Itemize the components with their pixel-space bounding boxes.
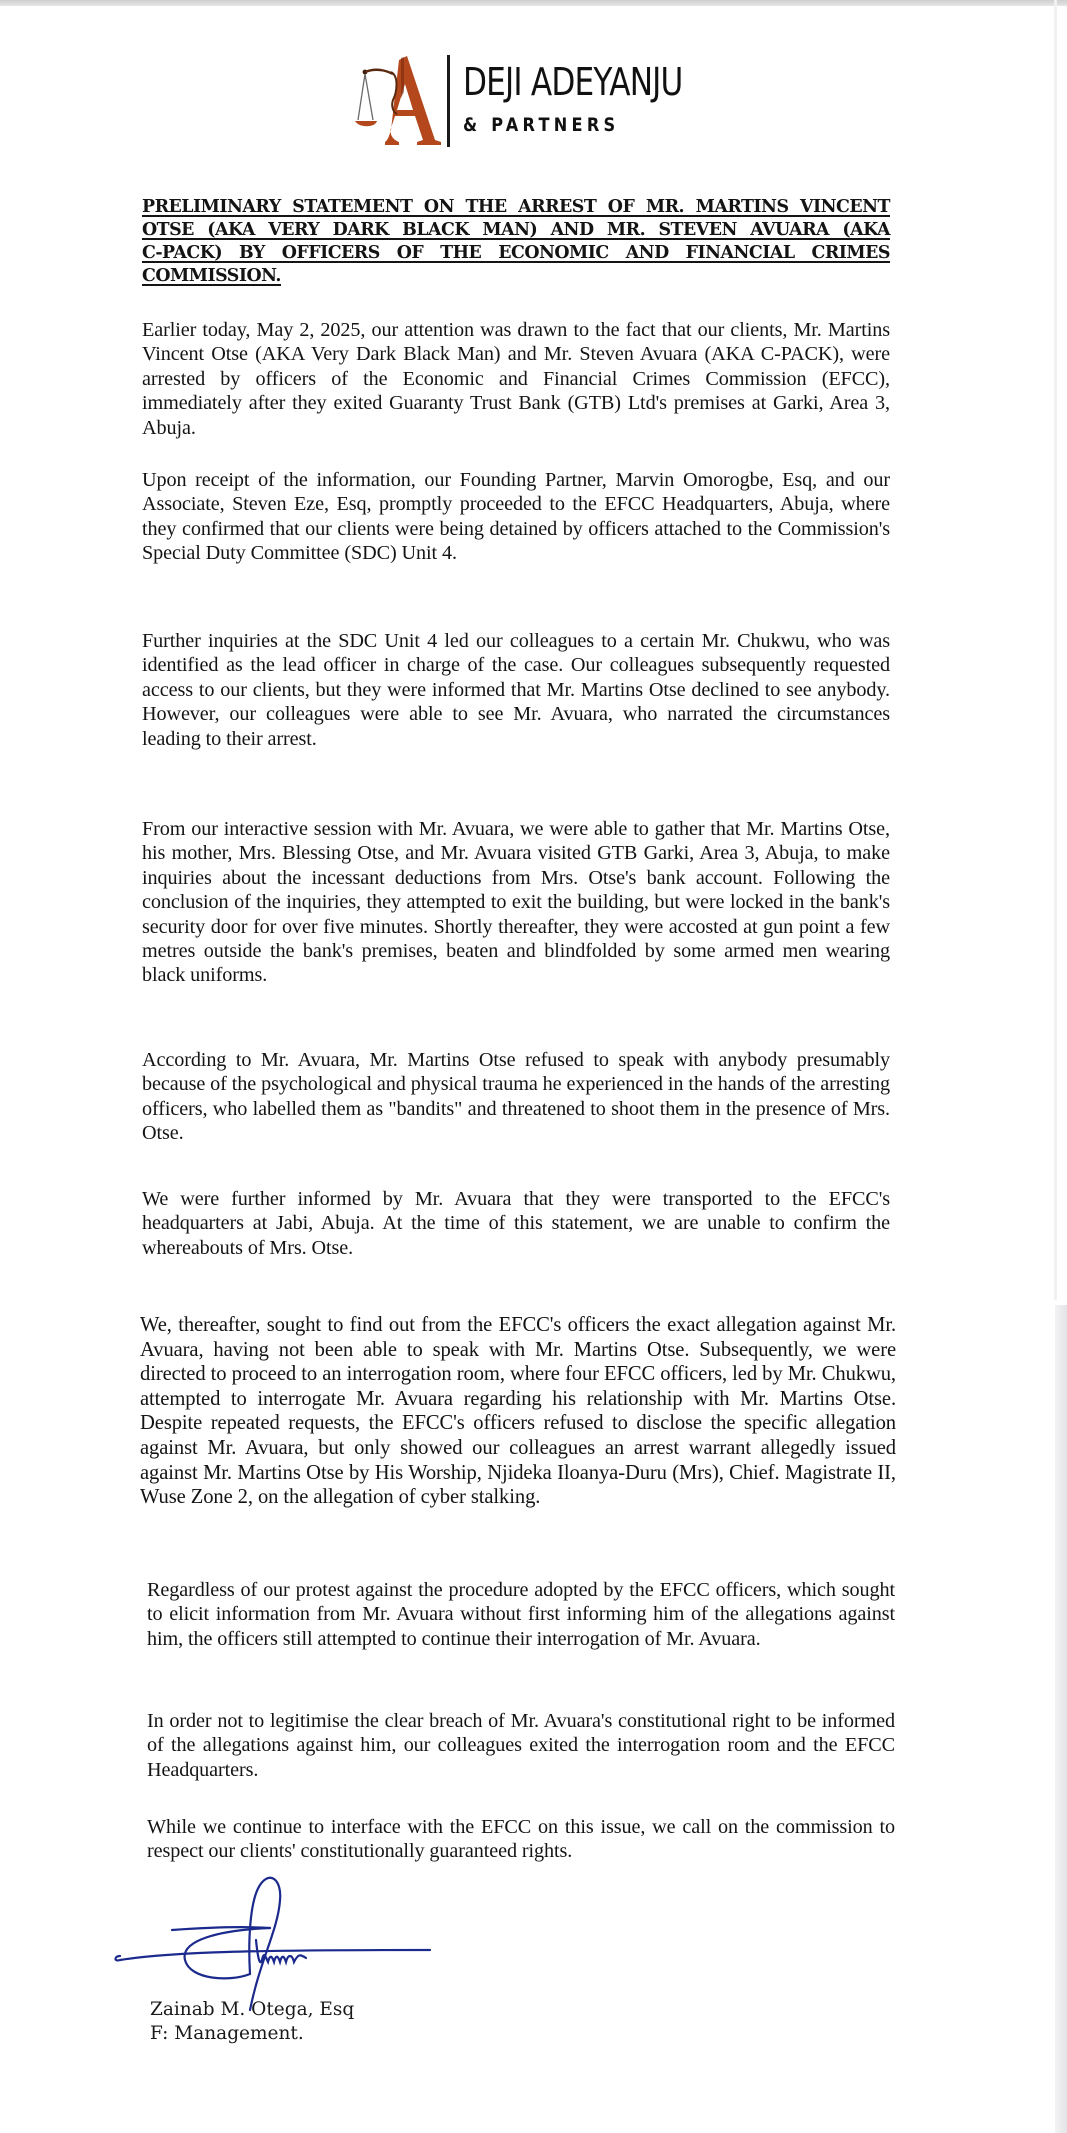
paragraph-allegation: We, thereafter, sought to find out from … [140, 1313, 896, 1510]
firm-name: DEJI ADEYANJU [463, 60, 683, 104]
page-edge-shadow [1054, 0, 1057, 1300]
letterhead-divider [447, 55, 450, 147]
firm-subtitle: & PARTNERS [463, 114, 619, 136]
paragraph-closing: While we continue to interface with the … [147, 1815, 895, 1864]
title-line: PRELIMINARY STATEMENT ON THE ARREST OF M… [142, 196, 890, 219]
paragraph-exit: In order not to legitimise the clear bre… [147, 1709, 895, 1782]
signatory-name: Zainab M. Otega, Esq [150, 1998, 354, 2022]
paragraph-interactive-session: From our interactive session with Mr. Av… [142, 817, 890, 988]
signatory-role: F: Management. [150, 2022, 354, 2046]
scrollbar[interactable] [1055, 1305, 1067, 2133]
viewer-top-edge [0, 0, 1067, 6]
title-line: COMMISSION. [142, 265, 890, 288]
signatory: Zainab M. Otega, Esq F: Management. [150, 1998, 354, 2046]
paragraph-transport: We were further informed by Mr. Avuara t… [142, 1187, 890, 1260]
paragraph-efcc-visit: Upon receipt of the information, our Fou… [142, 468, 890, 566]
title-line: OTSE (AKA VERY DARK BLACK MAN) AND MR. S… [142, 219, 890, 242]
title-line: C-PACK) BY OFFICERS OF THE ECONOMIC AND … [142, 242, 890, 265]
scales-of-justice-icon [355, 52, 445, 148]
paragraph-trauma: According to Mr. Avuara, Mr. Martins Ots… [142, 1048, 890, 1146]
paragraph-arrest-notice: Earlier today, May 2, 2025, our attentio… [142, 318, 890, 440]
paragraph-protest: Regardless of our protest against the pr… [147, 1578, 895, 1651]
document-title: PRELIMINARY STATEMENT ON THE ARREST OF M… [142, 196, 890, 288]
paragraph-further-inquiries: Further inquiries at the SDC Unit 4 led … [142, 629, 890, 751]
letterhead: DEJI ADEYANJU & PARTNERS [355, 52, 715, 152]
